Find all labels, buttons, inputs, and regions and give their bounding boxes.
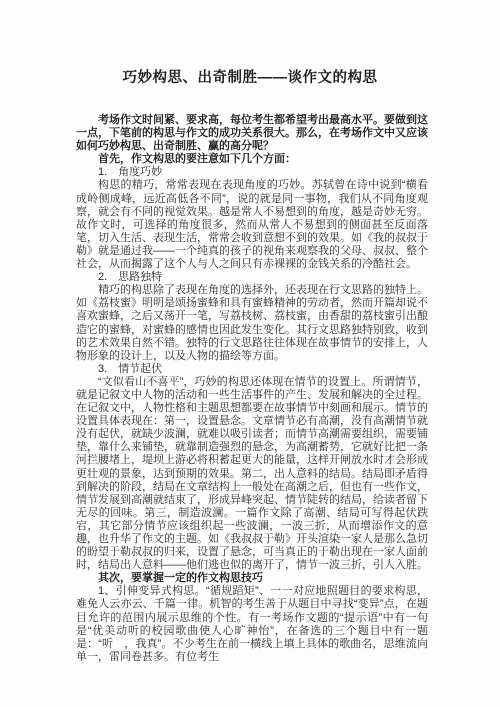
- paragraph-second-lead: 其次，要掌握一定的作文构思技巧: [76, 572, 428, 585]
- paragraph-plot-body: “文似看山不喜平”，巧妙的构思还体现在情节的设置上。所谓情节，就是记叙文中人物的…: [76, 376, 428, 572]
- document-page: 巧妙构思、出奇制胜——谈作文的构思 考场作文时间紧、要求高，每位考生都希望考出最…: [0, 0, 500, 707]
- paragraph-first-lead: 首先，作文构思的要注意如下几个方面：: [76, 153, 428, 166]
- section-heading-angle: 1. 角度巧妙: [76, 166, 428, 179]
- section-heading-train-of-thought: 2. 思路独特: [76, 271, 428, 284]
- document-body: 考场作文时间紧、要求高，每位考生都希望考出最高水平。要做到这一点，下笔前的构思与…: [76, 114, 428, 664]
- section-heading-plot: 3. 情节起伏: [76, 363, 428, 376]
- paragraph-technique-body: 1、引伸变异式构思。“循规蹈矩”、一一对应地照题目的要求构思，难免人云亦云、千篇…: [76, 585, 428, 664]
- document-title: 巧妙构思、出奇制胜——谈作文的构思: [0, 0, 500, 87]
- paragraph-intro: 考场作文时间紧、要求高，每位考生都希望考出最高水平。要做到这一点，下笔前的构思与…: [76, 114, 428, 153]
- paragraph-angle-body: 构思的精巧，常常表现在表现角度的巧妙。苏轼曾在诗中说到“横看成岭侧成峰，远近高低…: [76, 179, 428, 271]
- paragraph-train-of-thought-body: 精巧的构思除了表现在角度的选择外，还表现在行文思路的独特上。如《荔枝蜜》明明是颂…: [76, 284, 428, 363]
